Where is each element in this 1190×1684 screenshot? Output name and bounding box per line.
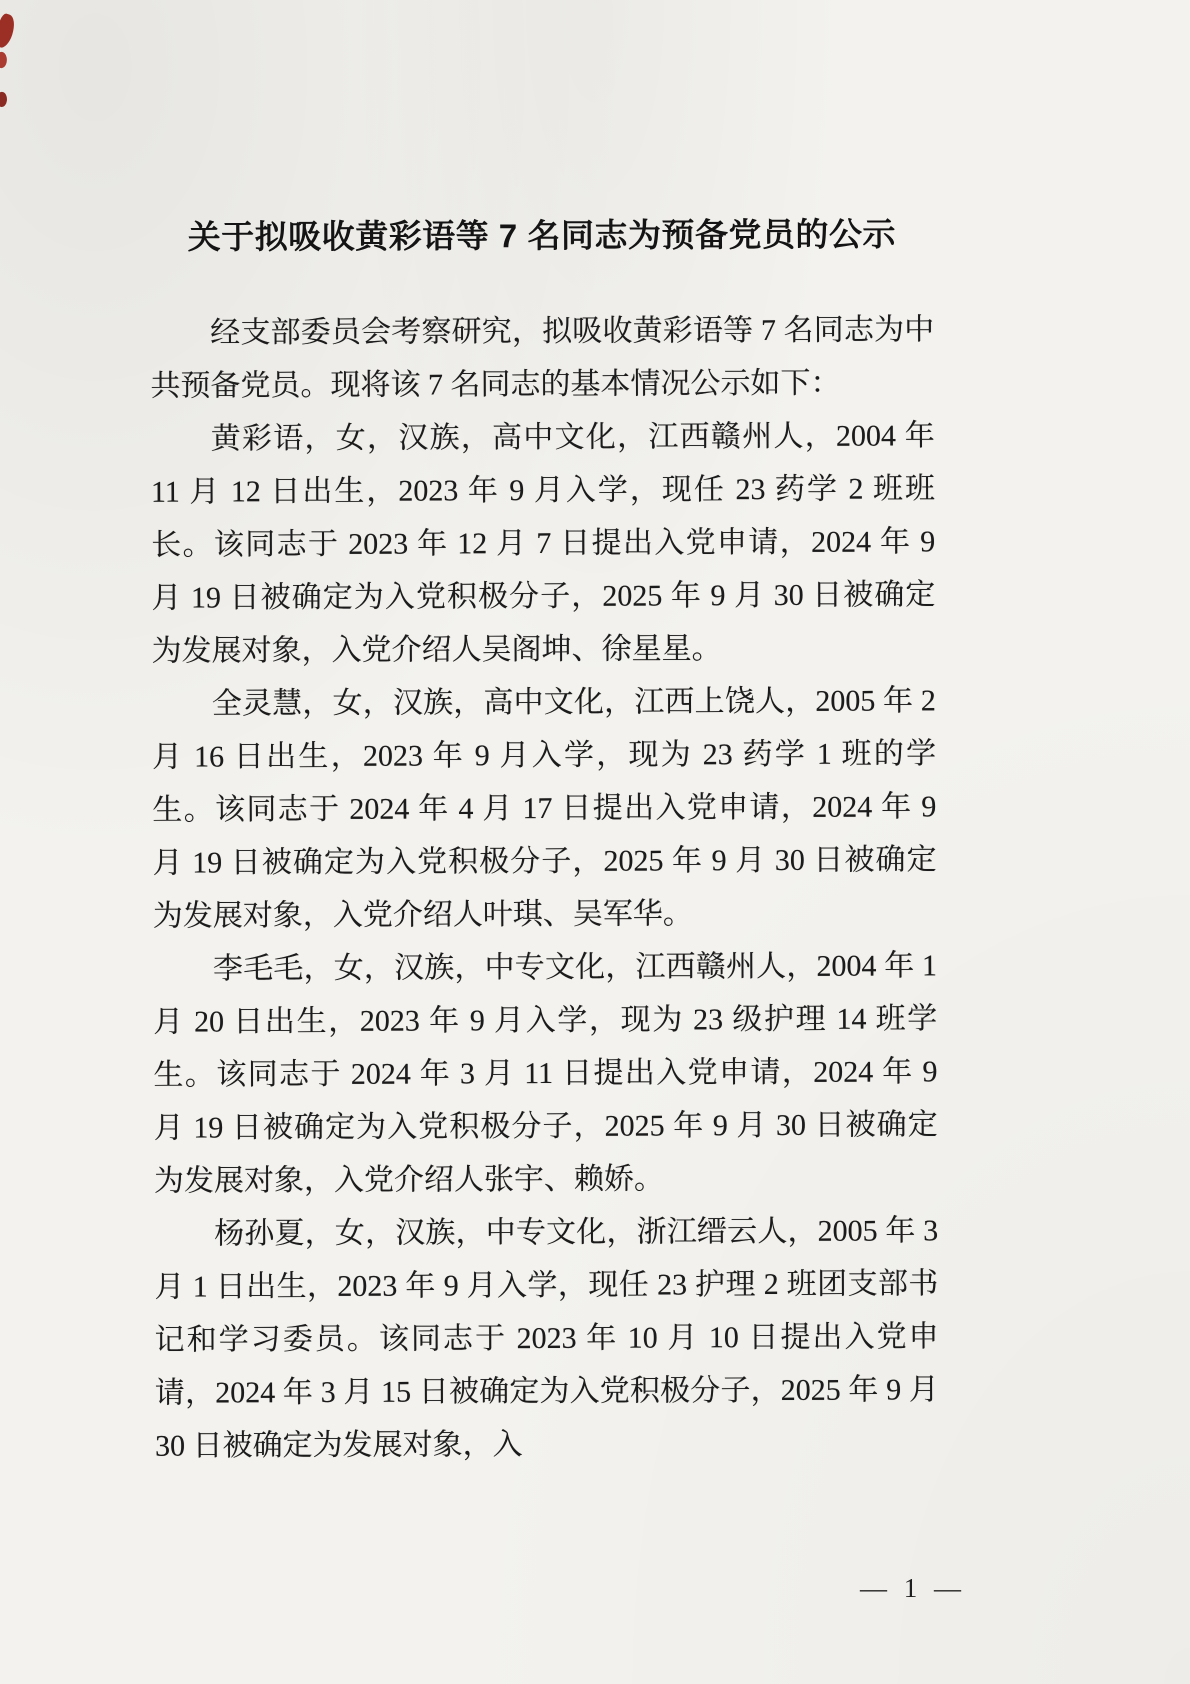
paragraph-candidate-huangcaiyu: 黄彩语，女，汉族，高中文化，江西赣州人，2004 年 11 月 12 日出生，2… xyxy=(151,409,936,677)
document-content: 关于拟吸收黄彩语等 7 名同志为预备党员的公示 经支部委员会考察研究，拟吸收黄彩… xyxy=(149,0,939,1473)
scan-edge-red-mark xyxy=(0,12,18,49)
document-title: 关于拟吸收黄彩语等 7 名同志为预备党员的公示 xyxy=(150,210,934,261)
scan-edge-red-mark xyxy=(0,51,8,69)
document-body: 经支部委员会考察研究，拟吸收黄彩语等 7 名同志为中共预备党员。现将该 7 名同… xyxy=(150,303,939,1472)
paragraph-candidate-limaomao: 李毛毛，女，汉族，中专文化，江西赣州人，2004 年 1 月 20 日出生，20… xyxy=(153,939,938,1207)
scanned-page: 关于拟吸收黄彩语等 7 名同志为预备党员的公示 经支部委员会考察研究，拟吸收黄彩… xyxy=(0,0,1190,1684)
paragraph-candidate-yangsunxia: 杨孙夏，女，汉族，中专文化，浙江缙云人，2005 年 3 月 1 日出生，202… xyxy=(154,1204,939,1472)
paragraph-intro: 经支部委员会考察研究，拟吸收黄彩语等 7 名同志为中共预备党员。现将该 7 名同… xyxy=(150,303,934,412)
scan-edge-red-mark xyxy=(0,91,8,107)
page-number: — 1 — xyxy=(860,1572,966,1604)
paragraph-candidate-quanlinghui: 全灵慧，女，汉族，高中文化，江西上饶人，2005 年 2 月 16 日出生，20… xyxy=(152,674,937,942)
